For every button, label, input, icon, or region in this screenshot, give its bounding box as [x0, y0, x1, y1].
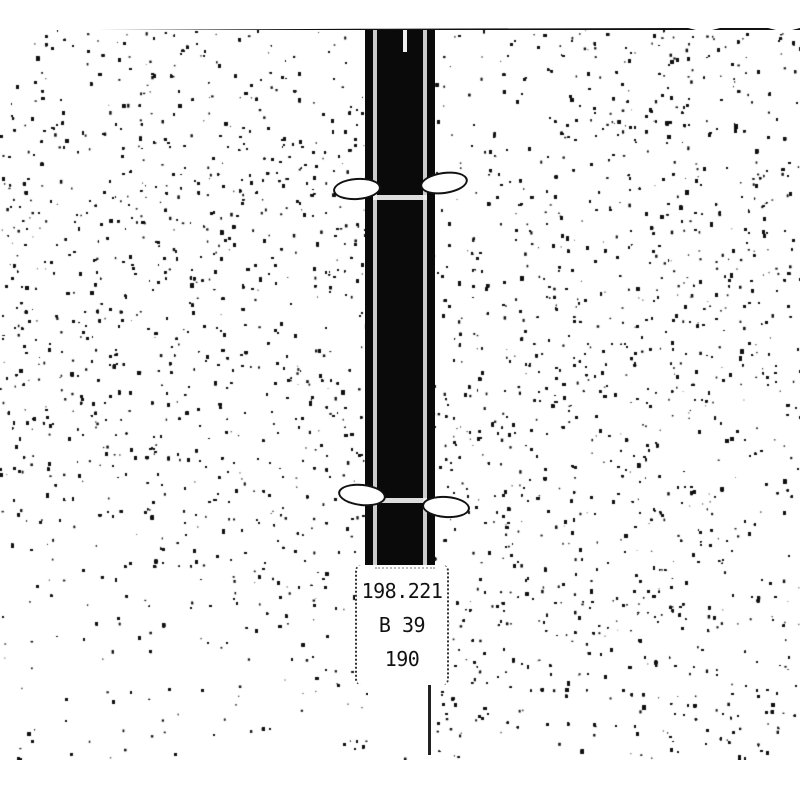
- call-number-cutter: B 39: [357, 613, 447, 637]
- label-faint-stamp: [375, 567, 435, 575]
- spine-notch: [403, 30, 407, 52]
- call-number-class: 198.221: [357, 579, 447, 603]
- call-number-item: 190: [357, 647, 447, 671]
- spine-lower-edge: [428, 685, 431, 755]
- spine-band-upper: [373, 195, 427, 200]
- spine-lower-section: [368, 685, 434, 755]
- spine-rib-right: [423, 30, 427, 570]
- spine-call-number-label: 198.221 B 39 190: [355, 565, 449, 685]
- scanned-book-cover: 198.221 B 39 190: [0, 0, 800, 800]
